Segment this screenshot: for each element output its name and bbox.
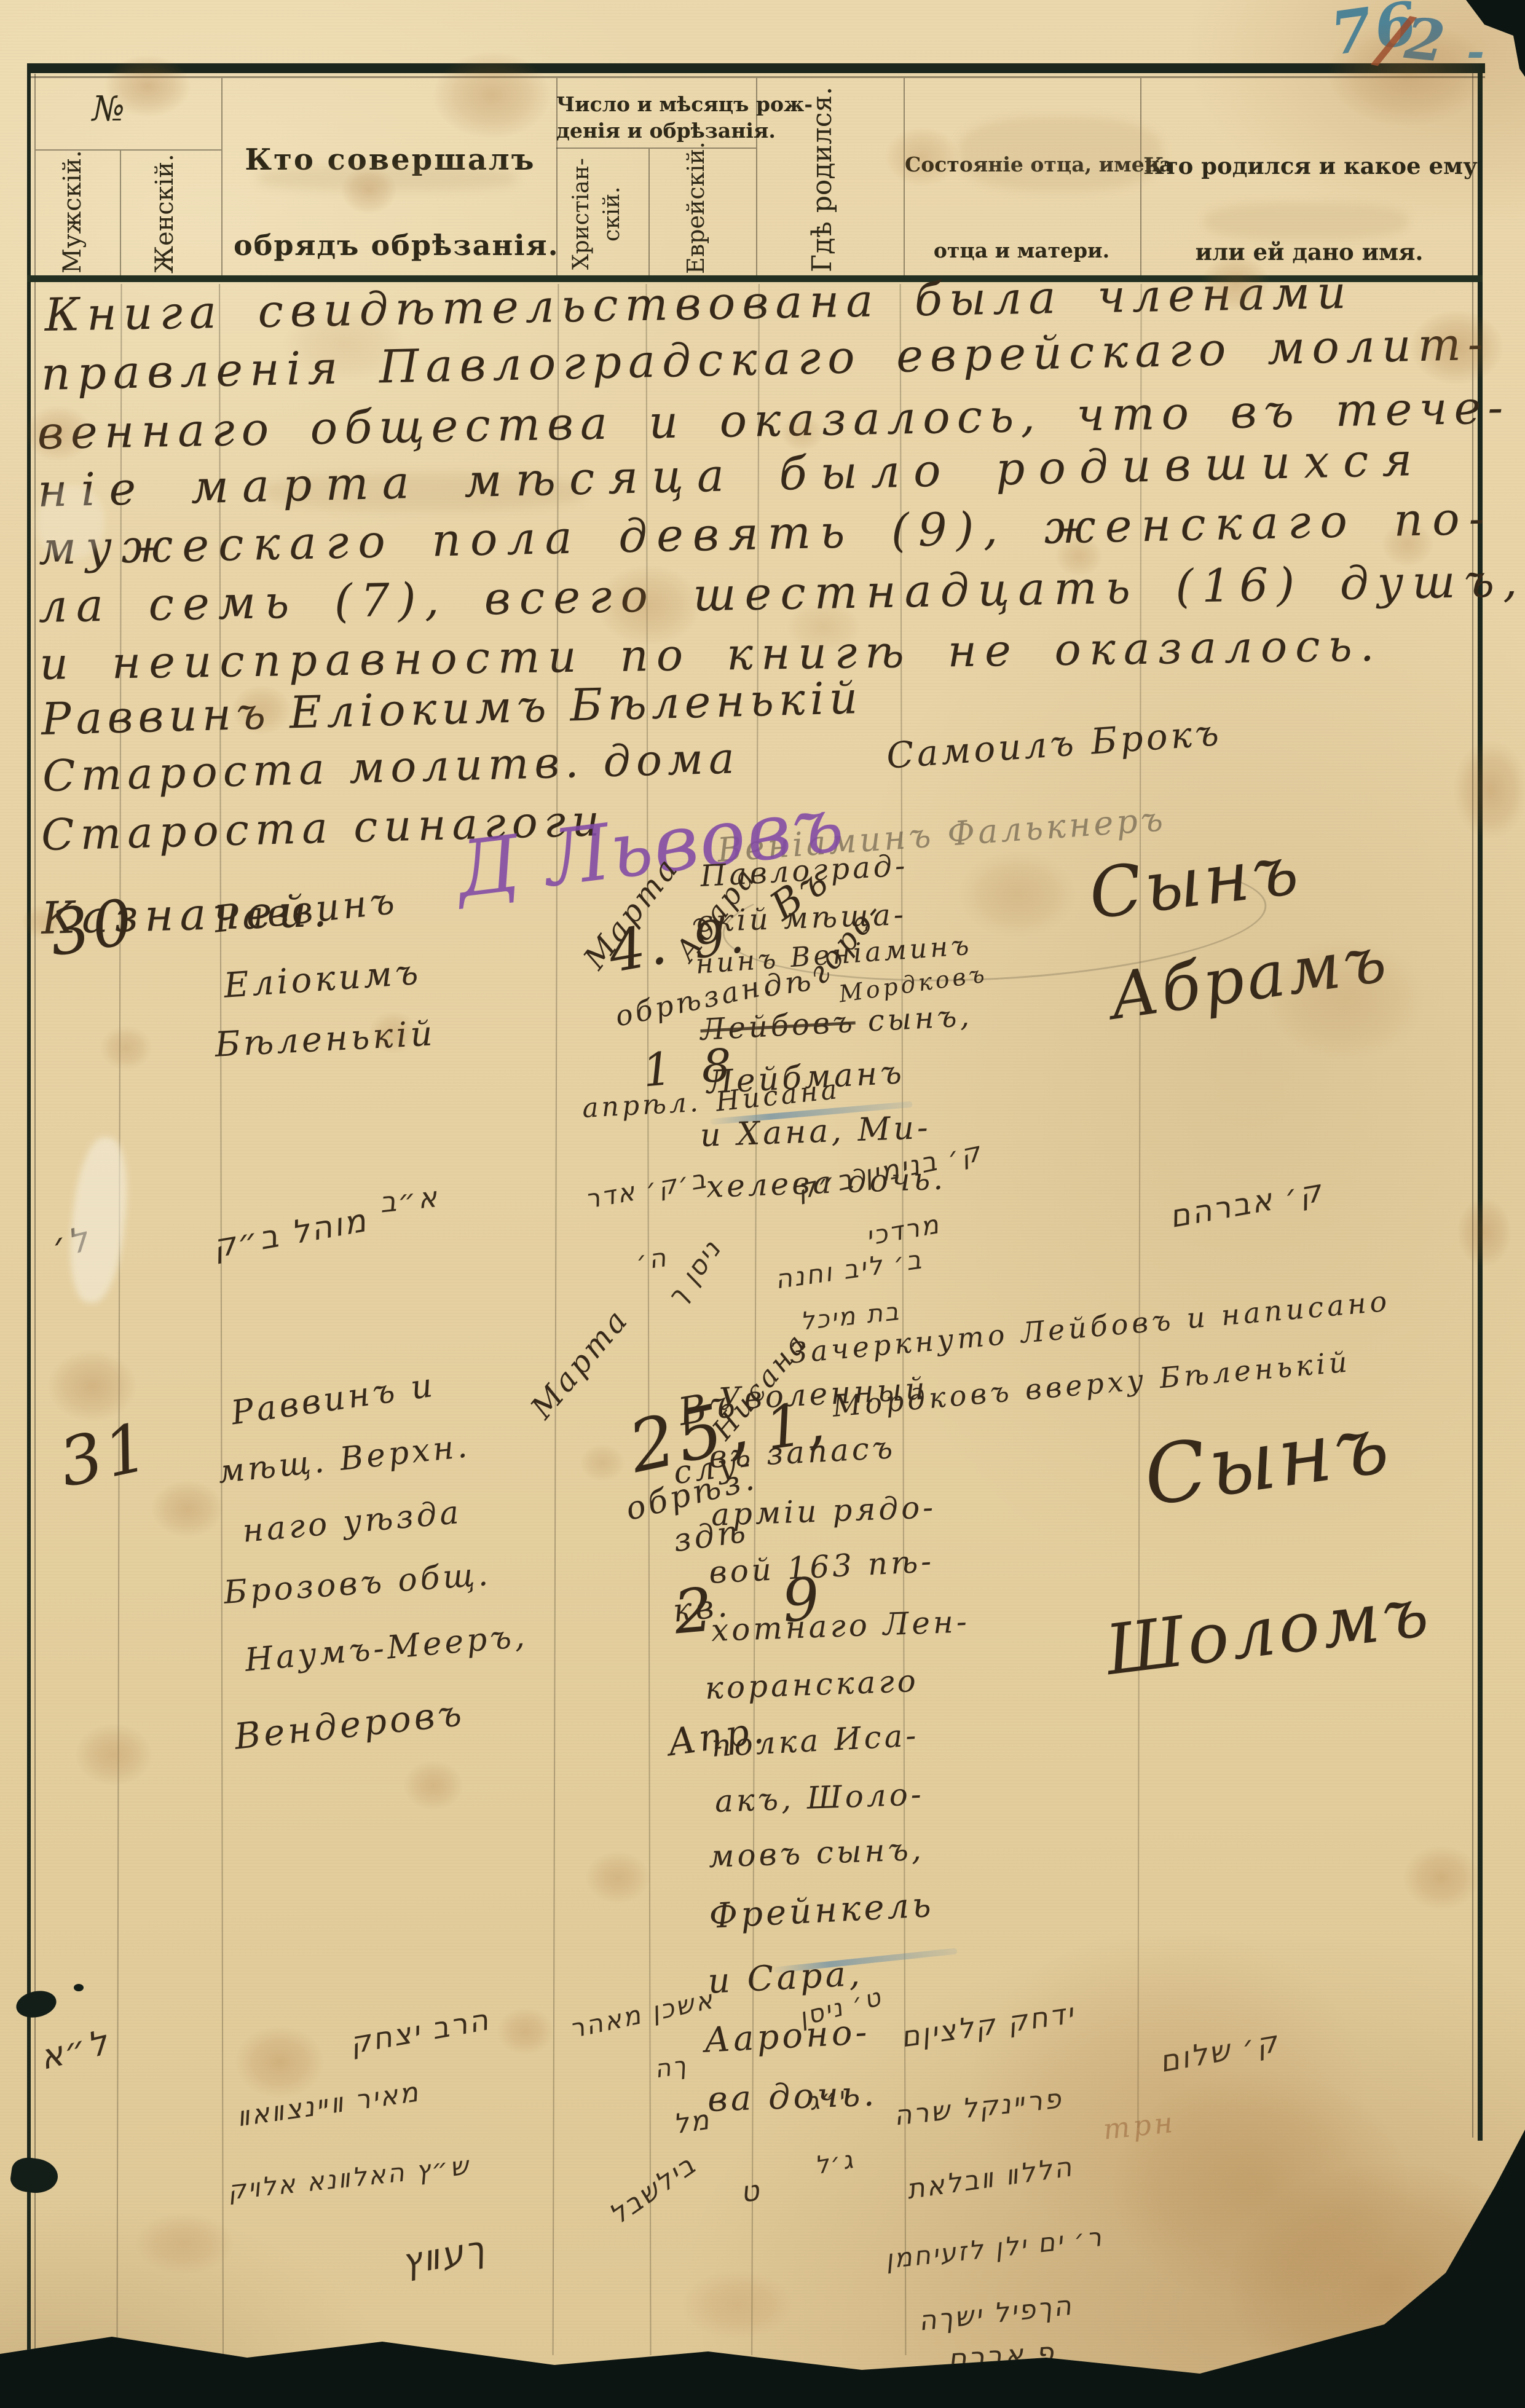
hebrew-cursive-line: הךפיל ישךה bbox=[917, 2290, 1074, 2337]
bleedthrough-ghost bbox=[1205, 203, 1408, 240]
hebrew-cursive-line: מרדכי bbox=[864, 1209, 942, 1251]
foxing-stain bbox=[404, 1761, 463, 1810]
col-header-dates-line1: Число и мѣсяцъ рож- bbox=[556, 92, 756, 116]
hebrew-cursive-line: בילשבל bbox=[604, 2149, 702, 2230]
ink-blot bbox=[14, 1988, 58, 2021]
hebrew-cursive-line: פ אברם bbox=[947, 2335, 1057, 2376]
hebrew-cursive-line: מוהל ב״ק bbox=[210, 1202, 371, 1265]
col-header-no: № bbox=[92, 89, 125, 129]
record-30-father-line: Лейбманъ bbox=[706, 1054, 905, 1101]
foxing-stain bbox=[235, 2026, 324, 2098]
col-header-christian-line2: скій. bbox=[599, 155, 625, 273]
hebrew-cursive-line: ר׳ ים ילן לזעיחמן bbox=[884, 2222, 1105, 2275]
foxing-stain bbox=[682, 2271, 793, 2339]
folio-dash: - bbox=[1467, 26, 1488, 77]
frame-top-band bbox=[27, 63, 1485, 73]
record-31-performer-line: Вендеровъ bbox=[232, 1692, 467, 1758]
ink-blot bbox=[9, 2155, 60, 2196]
hebrew-cursive-line: ב׳ק׳ אדר bbox=[583, 1163, 710, 1214]
bleedthrough-ghost bbox=[258, 166, 516, 191]
col-rule-male-female bbox=[120, 151, 121, 275]
hebrew-cursive-line: ש״ץ האלװנא אלױק bbox=[226, 2150, 471, 2206]
col-header-dates-line2: денія и обрѣзанія. bbox=[556, 119, 756, 143]
record-30-performer-line: Бѣленькій bbox=[214, 1013, 436, 1065]
col-rule-chr-jew-header bbox=[648, 149, 650, 275]
record-31-child-sex: Сынъ bbox=[1138, 1396, 1397, 1525]
foxing-stain bbox=[1454, 741, 1525, 839]
col-header-jewish: Еврейскій. bbox=[682, 154, 709, 274]
record-31-performer-line: Брозовъ общ. bbox=[223, 1556, 492, 1611]
col-header-christian-line1: Христіан- bbox=[569, 155, 594, 273]
hebrew-cursive-line: פרײנקל שרה bbox=[893, 2083, 1064, 2132]
foxing-stain bbox=[1229, 2163, 1525, 2408]
record-31-father-line: акъ, Шоло- bbox=[714, 1776, 925, 1819]
record-31-father-line: коранскаго bbox=[704, 1663, 920, 1706]
hebrew-cursive-line: א״ב bbox=[378, 1180, 440, 1219]
foxing-stain bbox=[76, 1724, 152, 1785]
foxing-stain bbox=[580, 1444, 625, 1481]
record-31-father-line: хотнаго Лен- bbox=[711, 1603, 971, 1648]
record-31-father-line: Фрейнкель bbox=[708, 1885, 935, 1937]
col-header-female: Женскій. bbox=[151, 154, 179, 273]
record-31-performer-line: Раввинъ и bbox=[229, 1365, 438, 1432]
col-header-child-line2: или ей дано имя. bbox=[1143, 238, 1475, 266]
hebrew-margin-number: ל״א bbox=[36, 2022, 114, 2078]
official-starosta-house: Староста молитв. дома bbox=[42, 733, 741, 801]
record-31-performer-line: мѣщ. Верхн. bbox=[216, 1428, 472, 1491]
col-header-father-line2: отца и матери. bbox=[905, 238, 1138, 262]
foxing-stain bbox=[48, 1350, 136, 1422]
scanned-metrical-book-page: № Мужскій. Женскій. Кто совершалъ обрядъ… bbox=[0, 0, 1525, 2408]
frame-right-band bbox=[1478, 63, 1483, 2141]
paper-scrape bbox=[64, 1135, 133, 1305]
hebrew-cursive-line: הללװ װבלאת bbox=[905, 2151, 1075, 2205]
record-31-number: 31 bbox=[53, 1408, 157, 1502]
paper-sheet: № Мужскій. Женскій. Кто совершалъ обрядъ… bbox=[0, 0, 1525, 2408]
dates-underline-rule bbox=[556, 148, 756, 149]
record-30-child-sex: Сынъ bbox=[1085, 830, 1306, 935]
bleedthrough-ghost bbox=[959, 117, 1162, 191]
hebrew-cursive-line: ניסן ך bbox=[661, 1234, 727, 1311]
hebrew-cursive-line: ידחק קלציןם bbox=[899, 1996, 1077, 2053]
folio-two: 2 bbox=[1402, 5, 1451, 76]
struck-name-leibov: Лейбовъ bbox=[699, 1005, 856, 1047]
foxing-stain bbox=[1113, 2071, 1408, 2305]
record-31-child-name: Шоломъ bbox=[1101, 1572, 1435, 1691]
hebrew-cursive-line: אשכן מאהר bbox=[567, 1984, 717, 2044]
paper-scrape bbox=[37, 486, 104, 559]
col-header-performer-line2: обрядъ обрѣзанія. bbox=[234, 229, 547, 262]
col-rule-h2 bbox=[221, 78, 223, 275]
record-30-circumcision-month: апрѣл. bbox=[581, 1087, 702, 1124]
hebrew-cursive-line: ג׳ל bbox=[813, 2146, 857, 2181]
hebrew-cursive-line: ךה bbox=[653, 2052, 690, 2084]
hebrew-cursive-line: מל bbox=[671, 2104, 712, 2141]
foxing-stain bbox=[1457, 1198, 1511, 1267]
official-starosta-house-signature: Самоилъ Брокъ bbox=[885, 712, 1223, 777]
faint-pencil-note: трн bbox=[1101, 2106, 1177, 2146]
hebrew-cursive-line: מאיר װײנצװאװ bbox=[235, 2076, 422, 2133]
record-30-performer-line: Еліокимъ bbox=[223, 953, 422, 1006]
col-header-where-born: Гдѣ родился. bbox=[806, 101, 838, 272]
hebrew-cursive-line: ט bbox=[739, 2174, 762, 2209]
record-30-father-line: скій мѣща- bbox=[696, 897, 907, 939]
col-header-male: Мужскій. bbox=[58, 154, 87, 273]
record-31-father-line: мовъ сынъ, bbox=[708, 1832, 925, 1875]
foxing-stain bbox=[100, 1026, 152, 1070]
father-line-suffix: сынъ, bbox=[854, 999, 973, 1039]
foxing-stain bbox=[586, 1852, 650, 1903]
record-31-christian-month: Марта bbox=[524, 1301, 636, 1425]
record-30-father-line: и Хана, Ми- bbox=[699, 1109, 932, 1154]
hebrew-cursive-line: הרב יצחק bbox=[347, 2002, 492, 2061]
foxing-stain bbox=[152, 1481, 223, 1537]
hebrew-cursive-line: ה׳ bbox=[634, 1242, 669, 1277]
record-31-father-line: ва дочь. bbox=[707, 2074, 878, 2120]
hebrew-cursive-line: ךעװץ bbox=[398, 2227, 489, 2283]
record-31-performer-line: наго уѣзда bbox=[241, 1494, 463, 1550]
record-30-number: 30 bbox=[44, 885, 141, 970]
hebrew-child-name: ק׳ אברהם bbox=[1167, 1173, 1326, 1235]
record-31-performer-line: Наумъ-Мееръ, bbox=[243, 1618, 529, 1679]
foxing-stain bbox=[135, 2213, 234, 2274]
ink-speck bbox=[74, 1984, 84, 1991]
col-header-child-line1: Кто родился и какое ему bbox=[1143, 152, 1475, 179]
foxing-stain bbox=[1403, 1846, 1480, 1910]
foxing-stain bbox=[497, 2008, 554, 2055]
hebrew-child-name: ק׳ שלום bbox=[1157, 2024, 1282, 2079]
record-30-christian-day: 4. bbox=[604, 910, 674, 985]
